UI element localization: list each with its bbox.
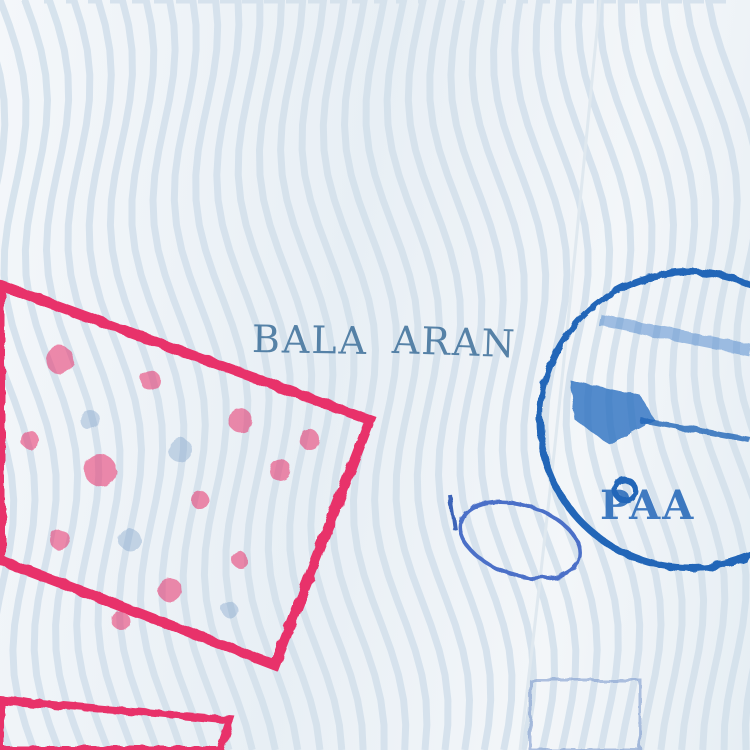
stamp-text-right: ARAN [391,318,517,366]
wavy-stripes [0,0,750,750]
stamp-text-left: BALA [252,317,369,363]
circle-stamp-text: PAA [600,482,695,529]
paper-artwork [0,0,750,750]
stamped-paper-image: BALA ARAN PAA [0,0,750,750]
